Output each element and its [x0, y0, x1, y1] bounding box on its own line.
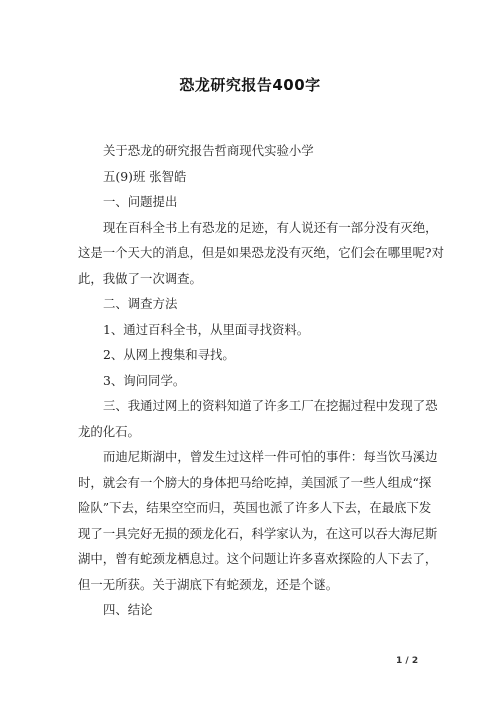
- page-number: 1 / 2: [396, 656, 418, 666]
- section-heading: 一、问题提出: [78, 189, 422, 215]
- text-line: 现了一具完好无损的颈龙化石，科学家认为，在这可以吞大海尼斯: [78, 521, 422, 547]
- text-line: 关于恐龙的研究报告哲商现代实验小学: [78, 138, 422, 164]
- list-item: 3、询问同学。: [78, 368, 422, 394]
- text-line: 时，就会有一个膀大的身体把马给吃掉，美国派了一些人组成“探: [78, 470, 422, 496]
- text-line: 这是一个天大的消息，但是如果恐龙没有灭绝，它们会在哪里呢?对: [78, 240, 422, 266]
- text-line: 现在百科全书上有恐龙的足迹，有人说还有一部分没有灭绝，: [78, 215, 422, 241]
- list-item: 2、从网上搜集和寻找。: [78, 342, 422, 368]
- text-line: 五(9)班 张智皓: [78, 164, 422, 190]
- section-heading: 二、调查方法: [78, 291, 422, 317]
- text-line: 龙的化石。: [78, 419, 422, 445]
- text-line: 但一无所获。关于湖底下有蛇颈龙，还是个谜。: [78, 572, 422, 598]
- text-line: 此，我做了一次调查。: [78, 266, 422, 292]
- text-line: 三、我通过网上的资料知道了许多工厂在挖掘过程中发现了恐: [78, 393, 422, 419]
- document-page: 恐龙研究报告400字 关于恐龙的研究报告哲商现代实验小学 五(9)班 张智皓 一…: [0, 0, 500, 707]
- document-body: 关于恐龙的研究报告哲商现代实验小学 五(9)班 张智皓 一、问题提出 现在百科全…: [78, 138, 422, 623]
- list-item: 1、通过百科全书，从里面寻找资料。: [78, 317, 422, 343]
- section-heading: 四、结论: [78, 597, 422, 623]
- text-line: 而迪尼斯湖中，曾发生过这样一件可怕的事件：每当饮马溪边: [78, 444, 422, 470]
- document-title: 恐龙研究报告400字: [0, 74, 500, 95]
- text-line: 险队”下去，结果空空而归，英国也派了许多人下去，在最底下发: [78, 495, 422, 521]
- text-line: 湖中，曾有蛇颈龙栖息过。这个问题让许多喜欢探险的人下去了，: [78, 546, 422, 572]
